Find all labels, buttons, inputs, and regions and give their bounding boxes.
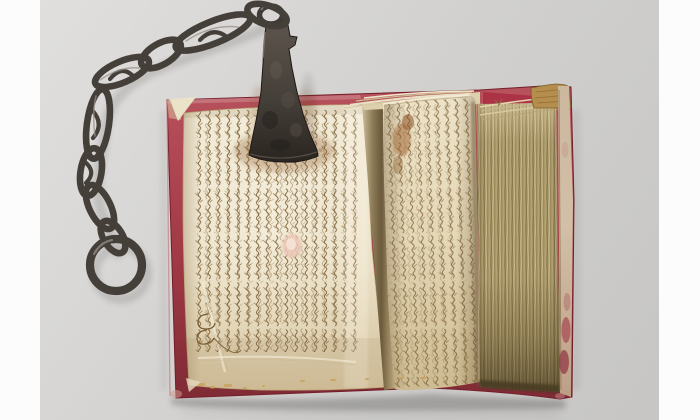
bottom-shade bbox=[185, 338, 390, 390]
photograph bbox=[0, 0, 700, 420]
corner-wear-spot bbox=[170, 390, 182, 398]
fore-edge-shading-side bbox=[472, 88, 564, 394]
right-page-detail bbox=[379, 96, 481, 388]
corner-wear-spot bbox=[555, 393, 565, 399]
book bbox=[167, 84, 574, 399]
wax-stain-core bbox=[286, 238, 296, 250]
fore-edge-block bbox=[472, 88, 564, 394]
photo-canvas bbox=[0, 0, 700, 420]
